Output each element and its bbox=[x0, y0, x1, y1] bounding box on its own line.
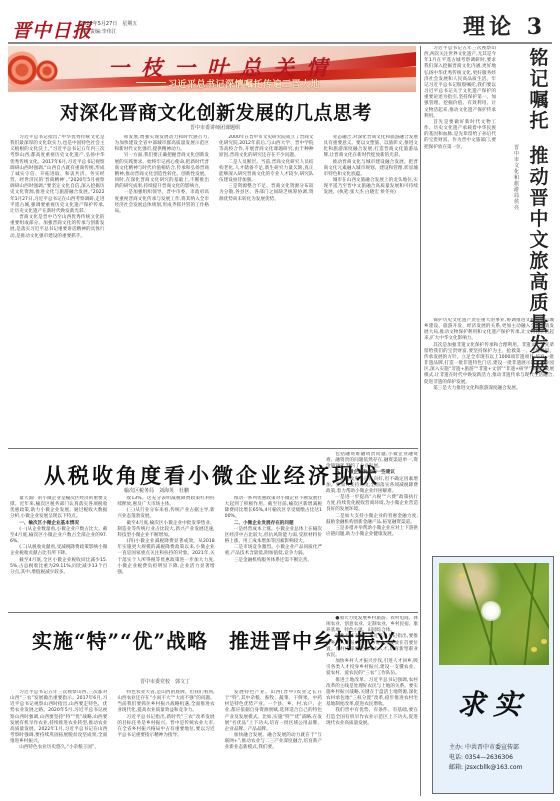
paragraph: 首先是要做好新时代文物工作。历史文化遗产承载着中华民族的基因和血脉,是先辈留给子… bbox=[424, 120, 496, 151]
article-divider bbox=[8, 612, 418, 613]
article3-column: 习近平总书记五年三次视察山西,三次都对山西“三农”发展做出重要指示。2017年6… bbox=[10, 690, 107, 798]
article3-column: 发展特色产业。山西(晋中)农业之长在于“特”,其中杂粮、畜牧、蔬菜、干鲜果、中药… bbox=[225, 690, 322, 798]
paragraph: 一是经营成本上涨。小微企业总体上在榆次区经济中占比较大,但抗风险能力弱,受原材料… bbox=[225, 527, 322, 545]
paragraph: 特色农业大省,是山西的底牌。但我们看到,山西农业还存在“小而不大”“大而不强”的… bbox=[117, 690, 214, 715]
paragraph: 三是多措并举帮助小微企业应对上下游供应链问题,助力小微企业健康发展。 bbox=[326, 526, 418, 538]
page-number: 3 bbox=[527, 14, 546, 40]
article2-column: 收13%。这充分表明减税降费政策红利持续释放,惠及广大市场主体。 (三)从行业分… bbox=[117, 496, 214, 608]
masthead-info-panel: 求实 主办: 中共晋中市委宣传部 电话: 0354—2636306 邮箱: jz… bbox=[432, 556, 554, 794]
paragraph: 晋商文化是晋中乃至山西优秀传统文化的重要组成部分。加强晋商文化的传承与创新发展,… bbox=[10, 215, 105, 240]
paragraph: 其次是加强非遗文化保护传承和合理利用。非遗文化是先辈留给我们的宝贵财富,要坚持保… bbox=[424, 343, 554, 386]
article2-body-right: 包括融资难融资贵问题,小微企业融资难、融资贵的问题依然存在,融资渠道单一,资金链… bbox=[326, 452, 418, 608]
paragraph: 习近平总书记指出,“中华优秀传统文化是我们最深厚的文化软实力,也是中国特色社会主… bbox=[10, 135, 105, 215]
paragraph: 和发展,增强实现发展动力和时代感召力,为加快建设全省中部城市群高质量发展示范区和… bbox=[115, 135, 210, 153]
paragraph: 截至4月底,全区小微企业税收同比减少15.5%,占总税收比重为29.11%,同比… bbox=[10, 558, 107, 576]
article-divider bbox=[8, 448, 418, 449]
sponsor-label: 主办: bbox=[449, 744, 463, 751]
paragraph: (一)从企业数量看,小微企业户数占比大。截至4月底,榆次区小微企业户数占全部企业… bbox=[10, 527, 107, 545]
banner-subtitle: 习近平总书记深情嘱托传遍三晋大地 bbox=[168, 77, 320, 90]
article2-byline: 榆次区税务局 刘海英 杜鹏 bbox=[124, 487, 189, 494]
paragraph: 推动晋商文化与城市建设融合发展。把晋商文化元素融入城市规划、建设和管理,彰显城市… bbox=[324, 160, 419, 178]
flower-icon bbox=[531, 647, 537, 652]
column-divider bbox=[420, 46, 421, 796]
paragraph: 山西特色农业历史悠久,“小杂粮王国”、 bbox=[10, 745, 107, 751]
flower-icon bbox=[541, 639, 547, 644]
paragraph: 截至4月底,榆次区小微企业中批发零售业、制造业等传统行业占比较大,新兴产业发展迅… bbox=[117, 521, 214, 539]
masthead-rule bbox=[8, 42, 552, 44]
paragraph: 习近平总书记五年三次视察山西,两次关注世界文化遗产,尤其是今年1月在平遥古城考察… bbox=[424, 46, 496, 120]
article1-column: 业态融合,对深化晋商文化和旅游融合发展具有重要意义。要以文塑旅、以旅彰文,推进文… bbox=[324, 135, 419, 406]
article3-column: 特色农业大省,是山西的底牌。但我们看到,山西农业还存在“小而不大”“大而不强”的… bbox=[117, 690, 214, 798]
masthead: 晋中日报 2022年5月27日 星期五 本版责编:李伟江 理论 3 bbox=[0, 0, 560, 42]
banner-dash bbox=[136, 82, 166, 83]
paragraph: 习近平总书记五年三次视察山西,三次都对山西“三农”发展做出重要指示。2017年6… bbox=[10, 690, 107, 745]
issue-date: 2022年5月27日 星期五 bbox=[80, 20, 137, 28]
phone-label: 电话: bbox=[449, 754, 463, 761]
cloud-swirl-icon bbox=[36, 60, 58, 82]
headline-part1: 铭记嘱托 bbox=[529, 47, 548, 132]
sidebar-article-byline: 晋中市文化和旅游局 侯亮 bbox=[514, 145, 520, 211]
sidebar-article-wide-column: 保护历史文化遗产责任重大的事业,协调推进文物保护与城乡建设、旅游开发、经济发展的… bbox=[424, 318, 554, 510]
email-value[interactable]: jzsxcbllk@163.com bbox=[465, 764, 522, 771]
paragraph: 收13%。这充分表明减税降费政策红利持续释放,惠及广大市场主体。 bbox=[117, 496, 214, 508]
article2-column: 包括融资难融资贵问题,小微企业融资难、融资贵的问题依然存在,融资渠道单一,资金链… bbox=[326, 452, 418, 608]
article3-column: ●加大力度发展乡村旅游、农村电商、休闲农业、创意农业、定制农业、乡村民宿、康养基… bbox=[326, 616, 418, 798]
paragraph: 另一方面,我们要正确把握晋商文化创新发展的实践要求。始终牢记初心使命,把新时代晋… bbox=[115, 153, 210, 190]
sidebar-article-narrow-column: 习近平总书记五年三次视察山西,两次关注世界文化遗产,尤其是今年1月在平遥古城考察… bbox=[424, 46, 496, 316]
paragraph: 强化人才支撑。习近平总书记指出,要推动乡村人才振兴,把人力资本开发放在首要位置。… bbox=[326, 634, 418, 659]
paragraph: 当前税收形势总体向好,但不确定因素增加。要加大支持力度,全面落实各项减税降费政策… bbox=[326, 477, 418, 495]
paragraph: ●加大力度发展乡村旅游、农村电商、休闲农业、创意农业、定制农业、乡村民宿、康养基… bbox=[326, 616, 418, 634]
article1-headline: 对深化晋商文化创新发展的几点思考 bbox=[60, 98, 372, 125]
article1-byline: 晋中市委讲师团课题组 bbox=[190, 124, 240, 131]
paragraph: 二是市场竞争激烈。小微企业产品同质化严重,产品技术含量低,附加值低,竞争力弱。 bbox=[225, 545, 322, 557]
paragraph: 二是加大支持小微企业的普惠金融力度,鼓励金融机构创新金融产品,拓宽融资渠道。 bbox=[326, 514, 418, 526]
flower-icon bbox=[459, 573, 465, 578]
publisher-info: 主办: 中共晋中市委宣传部 电话: 0354—2636306 邮箱: jzsxc… bbox=[449, 743, 522, 773]
section-title: 理论 3 bbox=[463, 10, 546, 41]
phone-value: 0354—2636306 bbox=[465, 754, 513, 761]
article3-body-left: 习近平总书记五年三次视察山西,三次都对山西“三农”发展做出重要指示。2017年6… bbox=[10, 690, 322, 798]
dandelion-icon bbox=[481, 601, 501, 621]
paragraph: 三是资源整合不足。晋商文化资源分布较为分散,各县区、各部门之间缺乏统筹协调,资源… bbox=[219, 184, 314, 202]
paragraph: 量大面广的小微企业是榆次区经济的重要支撑。近年来,榆次区税务部门认真落实各项税收… bbox=[10, 496, 107, 521]
phone-line: 电话: 0354—2636306 bbox=[449, 753, 522, 763]
article2-column: 推动一系列优惠政策对小微企业不断发展壮大起到了积极作用。截至目前,榆次区新增减税… bbox=[225, 496, 322, 608]
article3-byline: 晋中市委党校 郭文丁 bbox=[140, 678, 190, 685]
paragraph: 习近平总书记指出,新时代“三农”改革发展的目标任务是乡村振兴。晋中是传统农业大市… bbox=[117, 715, 214, 740]
email-label: 邮箱: bbox=[449, 764, 463, 771]
column-banner: 一枝一叶总关情 习近平总书记深情嘱托传遍三晋大地 bbox=[8, 46, 416, 92]
paragraph: 第三是大力推进文化和旅游深度融合发展。 bbox=[424, 386, 554, 392]
paragraph: 城市在山西文旅融合发展上的龙头地位,实现平遥乃至晋中文旅融合高质量发展和可持续发… bbox=[324, 178, 419, 196]
sponsor-value: 中共晋中市委宣传部 bbox=[465, 744, 519, 751]
article3-body-right: ●加大力度发展乡村旅游、农村电商、休闲农业、创意农业、定制农业、乡村民宿、康养基… bbox=[326, 616, 418, 798]
paragraph: 发展特色产业。山西(晋中)农业之长在于“特”,其中杂粮、畜牧、蔬菜、干鲜果、中药… bbox=[225, 690, 322, 733]
paragraph: 三是金融机构服务体系还需不断完善。 bbox=[225, 558, 322, 564]
paragraph: 包括融资难融资贵问题,小微企业融资难、融资贵的问题依然存在,融资渠道单一,资金链… bbox=[326, 452, 418, 470]
paragraph: 保护历史文化遗产责任重大的事业,协调推进文物保护与城乡建设、旅游开发、经济发展的… bbox=[424, 318, 554, 343]
article1-column: 2000年在晋中市文史研究院成立了晋商文化研究院,2012年前后,与山西大学、晋… bbox=[219, 135, 314, 406]
paragraph: 二是人员断层。当前,晋商文化研究人员结构老化,人才储备不足,新生研究力量欠缺,真… bbox=[219, 160, 314, 185]
paragraph: 业态融合,对深化晋商文化和旅游融合发展具有重要意义。要以文塑旅、以旅彰文,推进文… bbox=[324, 135, 419, 160]
paragraph: 2000年在晋中市文史研究院成立了晋商文化研究院,2012年前后,与山西大学、晋… bbox=[219, 135, 314, 160]
sponsor-line: 主办: 中共晋中市委宣传部 bbox=[449, 743, 522, 753]
article2-column: 量大面广的小微企业是榆次区经济的重要支撑。近年来,榆次区税务部门认真落实各项税收… bbox=[10, 496, 107, 608]
page-editor: 本版责编:李伟江 bbox=[80, 28, 137, 36]
calligraphy-title: 求实 bbox=[433, 683, 553, 723]
paragraph: 推动一系列优惠政策对小微企业不断发展壮大起到了积极作用。截至目前,榆次区新增减税… bbox=[225, 496, 322, 521]
paragraph: (四)小微企业减税降费显著成效。从2018年实施更大规模的减税降费政策以来,小微… bbox=[117, 539, 214, 576]
article1-body: 习近平总书记指出,“中华优秀传统文化是我们最深厚的文化软实力,也是中国特色社会主… bbox=[10, 135, 418, 406]
paragraph: 加快融合发展。融合发展的动力就在于“互联网+”,推动农业与二三产业深度融合,培育… bbox=[225, 733, 322, 751]
paragraph: (二)从税收贡献看,受减税降费政策影响小微企业税收贡献占比有所下降。 bbox=[10, 545, 107, 557]
dandelion-photo bbox=[439, 563, 549, 665]
paragraph: 推进土地改革。习近平总书记强调,农村改革的主线是处理好农民与土地的关系。要实施乡… bbox=[326, 678, 418, 709]
paragraph: 我们晋中有优势、有条件、有基础,要在打造全国有机旱作农业示范区上下功夫,促进现代… bbox=[326, 708, 418, 726]
issue-meta: 2022年5月27日 星期五 本版责编:李伟江 bbox=[80, 20, 137, 36]
article1-column: 习近平总书记指出,“中华优秀传统文化是我们最深厚的文化软实力,也是中国特色社会主… bbox=[10, 135, 105, 406]
paragraph: 一是进一步提高“六税”“六费”政策执行力度,持续优化税收营商环境,为小微企业营造… bbox=[326, 495, 418, 513]
email-line: 邮箱: jzsxcbllk@163.com bbox=[449, 763, 522, 773]
article1-column: 和发展,增强实现发展动力和时代感召力,为加快建设全省中部城市群高质量发展示范区和… bbox=[115, 135, 210, 406]
paragraph: 加快乡村人才振兴步伐,引进人才回乡,吸引各类人才投身乡村振兴,建设一支懂农业、爱… bbox=[326, 659, 418, 677]
paragraph: (三)从行业分布来看,传统产业占据主导,新兴业态蓬勃发展。 bbox=[117, 508, 214, 520]
paragraph: 一是加强组织领导。晋中市委、市政府高度重视晋商文化传承与发展工作,将其纳入全市经… bbox=[115, 190, 210, 215]
article2-body-left: 量大面广的小微企业是榆次区经济的重要支撑。近年来,榆次区税务部门认真落实各项税收… bbox=[10, 496, 322, 608]
section-name: 理论 bbox=[463, 14, 515, 40]
